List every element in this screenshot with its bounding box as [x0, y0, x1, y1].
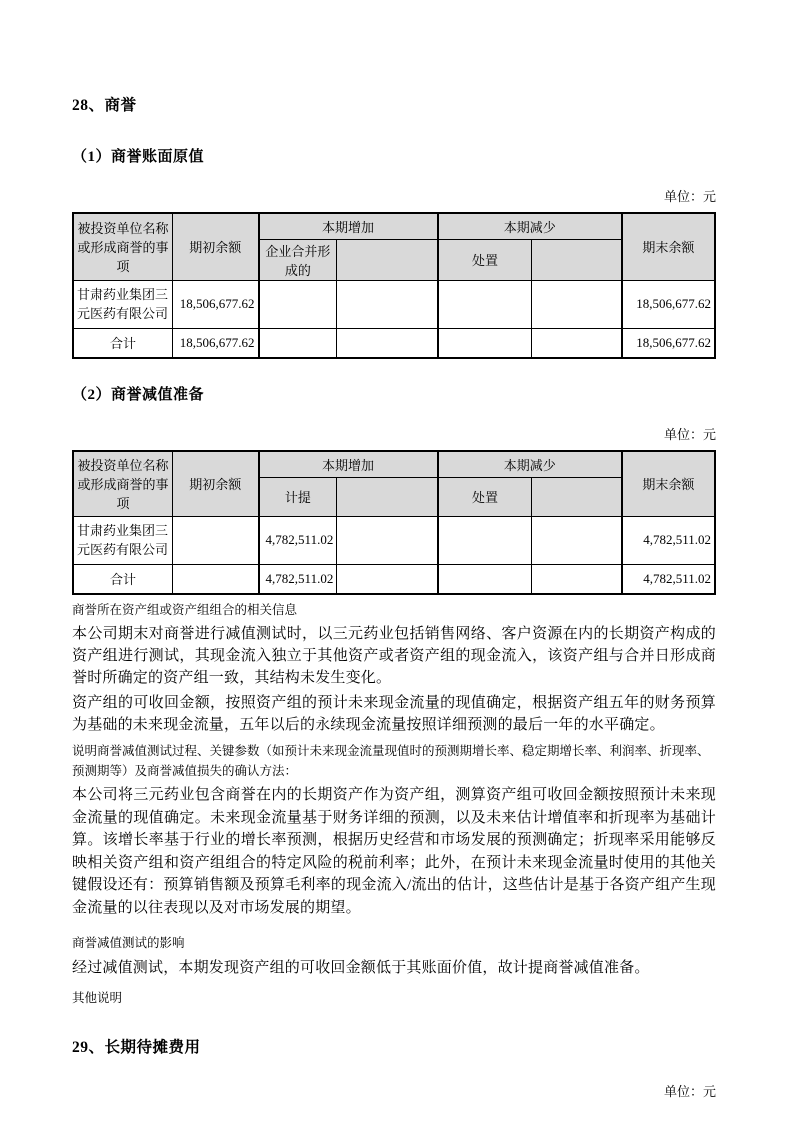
- cell-total-increase-2: [337, 564, 438, 594]
- unit-label-1: 单位：元: [72, 186, 716, 205]
- table-header-row-1: 被投资单位名称或形成商誉的事项 期初余额 本期增加 本期减少 期末余额: [73, 451, 715, 477]
- cell-opening-balance: [173, 516, 259, 564]
- goodwill-cost-table: 被投资单位名称或形成商誉的事项 期初余额 本期增加 本期减少 期末余额 企业合并…: [72, 212, 716, 359]
- cell-total-decrease-2: [532, 328, 622, 358]
- section-29-heading: 29、长期待摊费用: [72, 1035, 716, 1057]
- cell-decrease-1: [438, 280, 532, 328]
- cell-total-closing: 18,506,677.62: [622, 328, 715, 358]
- cgu-info-label: 商誉所在资产组或资产组组合的相关信息: [72, 600, 716, 620]
- cgu-test-paragraph: 本公司期末对商誉进行减值测试时，以三元药业包括销售网络、客户资源在内的长期资产构…: [72, 623, 716, 689]
- section-28-heading: 28、商誉: [72, 93, 716, 115]
- subsection-2-heading: （2）商誉减值准备: [72, 383, 716, 404]
- cell-increase-1: [259, 280, 337, 328]
- col-group-decrease: 本期减少: [438, 213, 622, 239]
- cell-total-increase-1: 4,782,511.02: [259, 564, 337, 594]
- key-assumptions-paragraph: 本公司将三元药业包含商誉在内的长期资产作为资产组，测算资产组可收回金额按照预计未…: [72, 784, 716, 919]
- table-header-row-1: 被投资单位名称或形成商誉的事项 期初余额 本期增加 本期减少 期末余额: [73, 213, 715, 239]
- cell-total-label: 合计: [73, 328, 173, 358]
- col-header-business-combination: 企业合并形成的: [259, 239, 337, 280]
- col-group-increase: 本期增加: [259, 213, 438, 239]
- other-notes-label: 其他说明: [72, 988, 716, 1008]
- cell-total-increase-1: [259, 328, 337, 358]
- subsection-1-heading: （1）商誉账面原值: [72, 145, 716, 166]
- impairment-impact-label: 商誉减值测试的影响: [72, 933, 716, 953]
- cell-total-closing: 4,782,511.02: [622, 564, 715, 594]
- recoverable-amount-paragraph: 资产组的可收回金额，按照资产组的预计未来现金流量的现值确定，根据资产组五年的财务…: [72, 692, 716, 736]
- table-row: 甘肃药业集团三元医药有限公司 18,506,677.62 18,506,677.…: [73, 280, 715, 328]
- cell-total-opening: 18,506,677.62: [173, 328, 259, 358]
- cell-increase-2: [337, 516, 438, 564]
- table-row: 甘肃药业集团三元医药有限公司 4,782,511.02 4,782,511.02: [73, 516, 715, 564]
- cell-total-increase-2: [337, 328, 438, 358]
- cell-opening-balance: 18,506,677.62: [173, 280, 259, 328]
- cell-item-name: 甘肃药业集团三元医药有限公司: [73, 516, 173, 564]
- col-header-opening-balance: 期初余额: [173, 213, 259, 280]
- test-process-label: 说明商誉减值测试过程、关键参数（如预计未来现金流量现值时的预测期增长率、稳定期增…: [72, 741, 716, 781]
- impairment-conclusion-paragraph: 经过减值测试，本期发现资产组的可收回金额低于其账面价值，故计提商誉减值准备。: [72, 957, 716, 979]
- cell-total-label: 合计: [73, 564, 173, 594]
- col-header-opening-balance: 期初余额: [173, 451, 259, 516]
- cell-closing-balance: 4,782,511.02: [622, 516, 715, 564]
- col-header-disposal: 处置: [438, 239, 532, 280]
- col-header-decrease-blank: [532, 239, 622, 280]
- col-header-closing-balance: 期末余额: [622, 213, 715, 280]
- cell-total-decrease-1: [438, 328, 532, 358]
- goodwill-impairment-table: 被投资单位名称或形成商誉的事项 期初余额 本期增加 本期减少 期末余额 计提 处…: [72, 450, 716, 595]
- col-header-closing-balance: 期末余额: [622, 451, 715, 516]
- cell-total-decrease-1: [438, 564, 532, 594]
- unit-label-2: 单位：元: [72, 424, 716, 443]
- col-header-increase-blank: [337, 239, 438, 280]
- col-header-provision: 计提: [259, 477, 337, 516]
- col-header-decrease-blank: [532, 477, 622, 516]
- cell-closing-balance: 18,506,677.62: [622, 280, 715, 328]
- report-page: 28、商誉 （1）商誉账面原值 单位：元 被投资单位名称或形成商誉的事项 期初余…: [72, 0, 716, 1100]
- cell-decrease-2: [532, 280, 622, 328]
- cell-decrease-2: [532, 516, 622, 564]
- cell-increase-2: [337, 280, 438, 328]
- col-group-increase: 本期增加: [259, 451, 438, 477]
- cell-item-name: 甘肃药业集团三元医药有限公司: [73, 280, 173, 328]
- cell-increase-1: 4,782,511.02: [259, 516, 337, 564]
- table-total-row: 合计 4,782,511.02 4,782,511.02: [73, 564, 715, 594]
- col-header-item: 被投资单位名称或形成商誉的事项: [73, 451, 173, 516]
- col-group-decrease: 本期减少: [438, 451, 622, 477]
- col-header-increase-blank: [337, 477, 438, 516]
- table-total-row: 合计 18,506,677.62 18,506,677.62: [73, 328, 715, 358]
- col-header-item: 被投资单位名称或形成商誉的事项: [73, 213, 173, 280]
- cell-total-opening: [173, 564, 259, 594]
- cell-decrease-1: [438, 516, 532, 564]
- cell-total-decrease-2: [532, 564, 622, 594]
- col-header-disposal: 处置: [438, 477, 532, 516]
- unit-label-3: 单位：元: [72, 1081, 716, 1100]
